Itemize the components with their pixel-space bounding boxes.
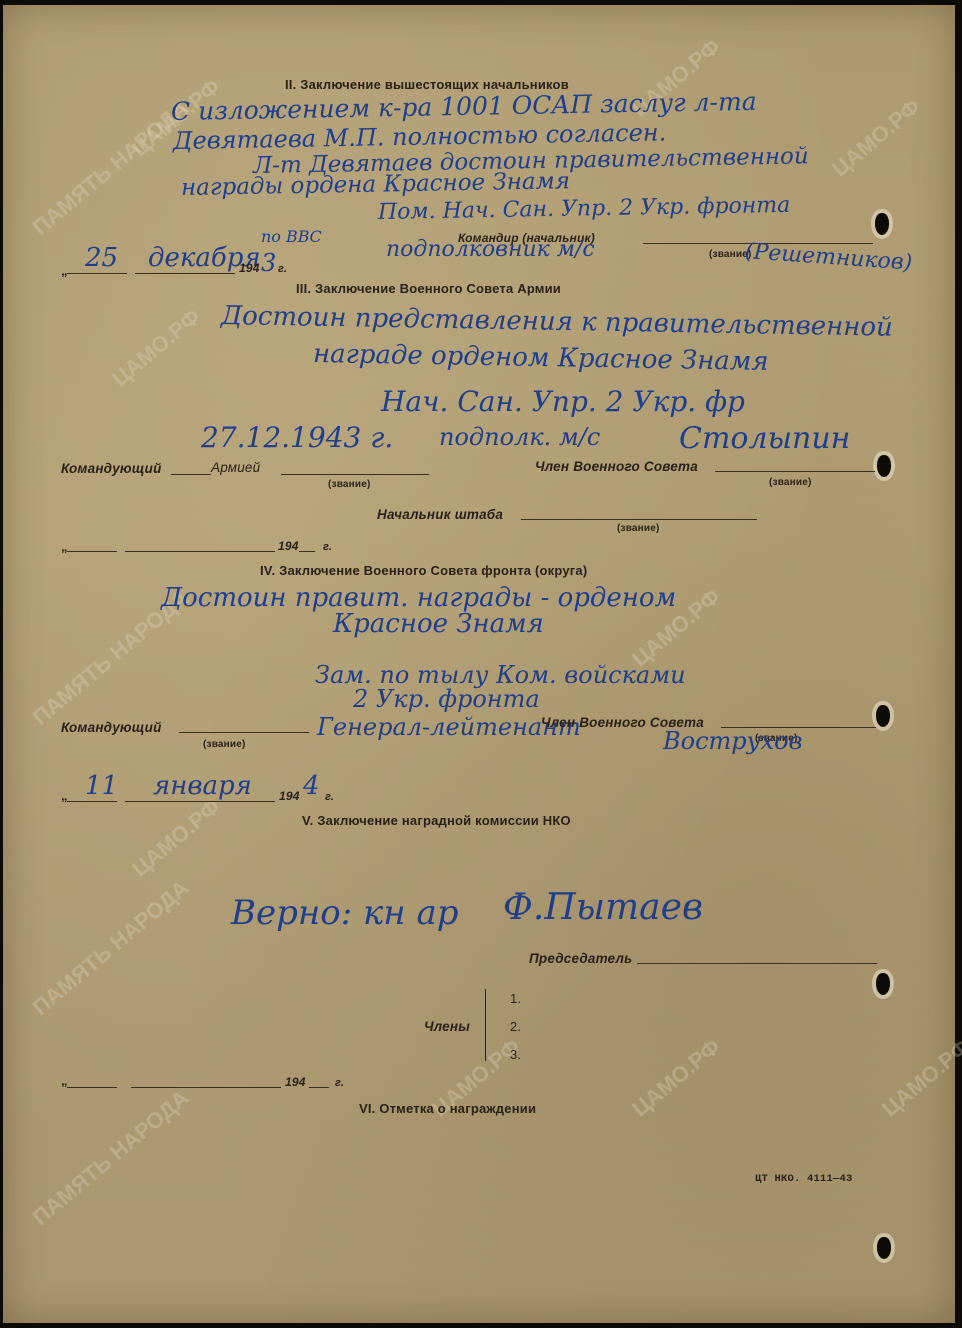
watermark: ЦАМО.РФ: [127, 794, 225, 882]
date-year-line: [309, 1087, 329, 1088]
date-day-line: [67, 1087, 117, 1088]
signature-line: [521, 519, 757, 520]
section-4-date-year: 4: [303, 771, 320, 801]
watermark: ЦАМО.РФ: [107, 304, 205, 392]
date-g: г.: [278, 263, 287, 275]
section-4-heading: IV. Заключение Военного Совета фронта (о…: [260, 563, 587, 578]
section-2-signature-title: Пом. Нач. Сан. Упр. 2 Укр. фронта: [378, 193, 791, 225]
section-4-date-day: 11: [85, 771, 118, 801]
date-day-line: [67, 273, 127, 274]
member-1: 1.: [510, 991, 521, 1006]
watermark: ПАМЯТЬ НАРОДА: [28, 1085, 195, 1231]
chief-of-staff-label: Начальник штаба: [377, 507, 503, 522]
member-2: 2.: [510, 1019, 521, 1034]
section-2-heading: II. Заключение вышестоящих начальников: [285, 77, 569, 92]
date-quote: „: [61, 1073, 68, 1088]
date-year-prefix: 194: [278, 539, 299, 553]
section-2-signature-title-2: по ВВС: [261, 227, 322, 246]
date-month-line: [131, 1087, 281, 1088]
date-quote: „: [61, 263, 68, 278]
section-4-signature-title-2: 2 Укр. фронта: [353, 685, 540, 713]
date-month-line: [125, 551, 275, 552]
signature-line: [281, 474, 429, 475]
commander-label: Командующий: [61, 461, 162, 476]
section-2-text-line: награды ордена Красное Знамя: [181, 168, 570, 201]
date-g: г.: [325, 791, 334, 803]
chairman-label: Председатель: [529, 951, 632, 966]
signature-line: [171, 474, 211, 475]
section-3-signature-title: Нач. Сан. Упр. 2 Укр. фр: [381, 385, 745, 418]
section-3-signature-name: Столыпин: [679, 421, 850, 456]
section-3-date: 27.12.1943 г.: [201, 421, 393, 454]
rank-label: (звание): [617, 523, 660, 534]
section-4-text-line: Красное Знамя: [333, 609, 544, 639]
verification-note: Верно: кн ар: [231, 893, 459, 933]
section-3-text-line: награде орденом Красное Знамя: [313, 339, 769, 377]
rank-label: (звание): [203, 739, 246, 750]
member-3: 3.: [510, 1047, 521, 1062]
section-6-heading: VI. Отметка о награждении: [359, 1101, 536, 1116]
signature-line: [637, 963, 877, 964]
section-3-rank: подполк. м/с: [439, 423, 600, 451]
punch-hole: [876, 705, 890, 727]
date-g: г.: [335, 1077, 344, 1089]
date-month-line: [125, 801, 275, 802]
punch-hole: [876, 973, 890, 995]
document-page: ЦАМО.РФ ЦАМО.РФ ПАМЯТЬ НАРОДА ЦАМО.РФ ЦА…: [3, 5, 955, 1323]
watermark: ПАМЯТЬ НАРОДА: [28, 95, 195, 241]
commander-value: Армией: [211, 460, 260, 475]
print-code: ЦТ НКО. 4111—43: [755, 1173, 853, 1185]
punch-hole: [877, 1237, 891, 1259]
punch-hole: [875, 213, 889, 235]
section-4-date-month: января: [153, 771, 252, 801]
members-label: Члены: [424, 1019, 470, 1034]
date-year-prefix: 194: [285, 1075, 306, 1089]
date-year-prefix: 194: [279, 789, 300, 803]
watermark: ЦАМО.РФ: [827, 94, 925, 182]
rank-label: (звание): [769, 477, 812, 488]
section-4-signature-name: Вострухов: [663, 727, 803, 755]
section-2-signature-name: (Решетников): [744, 239, 913, 276]
signature-line: [715, 471, 875, 472]
section-5-heading: V. Заключение наградной комиссии НКО: [302, 813, 571, 828]
section-2-date-day: 25: [85, 243, 118, 273]
signature-line: [179, 732, 309, 733]
date-month-line: [135, 273, 235, 274]
date-day-line: [67, 801, 117, 802]
watermark: ЦАМО.РФ: [877, 1034, 962, 1122]
members-brace: [485, 989, 496, 1061]
date-day-line: [67, 551, 117, 552]
section-3-text-line: Достоин представления к правительственно…: [221, 301, 893, 343]
section-2-date-year: 3: [261, 249, 276, 277]
date-g: г.: [323, 541, 332, 553]
section-2-text-line: С изложением к-ра 1001 ОСАП заслуг л-та: [171, 87, 757, 126]
date-year-line: [299, 551, 315, 552]
section-2-rank: подполковник м/с: [386, 237, 595, 262]
council-member-label: Член Военного Совета: [535, 459, 698, 474]
watermark: ПАМЯТЬ НАРОДА: [28, 875, 195, 1021]
watermark: ЦАМО.РФ: [627, 1034, 725, 1122]
punch-hole: [877, 455, 891, 477]
rank-label: (звание): [328, 479, 371, 490]
section-3-heading: III. Заключение Военного Совета Армии: [296, 281, 561, 296]
date-year-prefix: 194: [239, 261, 260, 275]
verification-signature: Ф.Пытаев: [503, 887, 703, 928]
commander-label: Командующий: [61, 720, 162, 735]
